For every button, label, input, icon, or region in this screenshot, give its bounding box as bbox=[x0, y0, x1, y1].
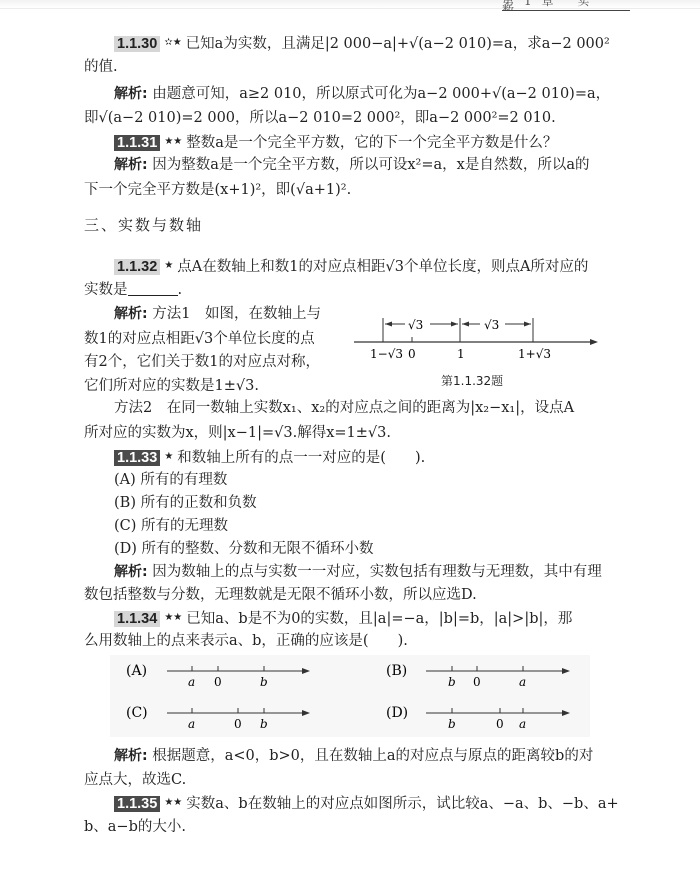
answer-number-lines: (A) a 0 b (B) b 0 a (C) a 0 b (D) b 0 a bbox=[110, 655, 590, 737]
solution-text: 因为整数a是一个完全平方数，所以可设x²=a，x是自然数，所以a的 bbox=[152, 157, 589, 173]
question-id: 1.1.32 bbox=[114, 259, 160, 275]
question-stem: 和数轴上所有的点一一对应的是( ). bbox=[177, 450, 425, 466]
option-label: (C) bbox=[126, 705, 148, 721]
method2-text: 方法2 在同一数轴上实数x₁、x₂的对应点之间的距离为|x₂−x₁|，设点A bbox=[114, 398, 574, 418]
option-c: (C) 所有的无理数 bbox=[114, 516, 228, 536]
stem-text: 实数是 bbox=[84, 282, 128, 298]
question-stem: 实数a、b在数轴上的对应点如图所示，试比较a、−a、b、−b、a+ bbox=[186, 796, 618, 812]
difficulty-stars-icon: ✫★ bbox=[164, 37, 181, 48]
tick-label: 0 bbox=[234, 717, 242, 731]
question-stem: 点A在数轴上和数1的对应点相距√3个单位长度，则点A所对应的 bbox=[177, 259, 588, 275]
span-label: √3 bbox=[484, 318, 499, 332]
solution-text: 由题意可知，a≥2 010，所以原式可化为a−2 000+√(a−2 010)=… bbox=[152, 86, 610, 102]
solution-label: 解析: bbox=[114, 86, 148, 102]
option-label: (A) bbox=[126, 663, 147, 679]
solution-text-cont: 数包括整数与分数，无理数就是无限不循环小数，所以应选D. bbox=[84, 585, 477, 605]
question-1-1-33: 1.1.33★和数轴上所有的点一一对应的是( ). bbox=[114, 447, 425, 468]
question-id: 1.1.30 bbox=[114, 36, 160, 52]
solution-1-1-32: 解析: 方法1 如图，在数轴上与 bbox=[114, 304, 321, 324]
question-stem: 已知a为实数，且满足|2 000−a|+√(a−2 010)=a，求a−2 00… bbox=[186, 36, 610, 52]
option-a: (A) 所有的有理数 bbox=[114, 470, 227, 490]
tick-label: a bbox=[519, 675, 526, 689]
span-label: √3 bbox=[408, 318, 423, 332]
running-head: 第1章 实 数 bbox=[502, 0, 630, 11]
question-id: 1.1.33 bbox=[114, 450, 160, 466]
question-id: 1.1.35 bbox=[114, 796, 160, 812]
question-stem-cont: b、a−b的大小. bbox=[84, 817, 186, 837]
question-1-1-31: 1.1.31★★整数a是一个完全平方数，它的下一个完全平方数是什么？ bbox=[114, 132, 557, 153]
difficulty-star-icon: ★ bbox=[164, 451, 173, 462]
solution-text-cont: 下一个完全平方数是(x+1)²，即(√a+1)². bbox=[84, 180, 351, 200]
question-1-1-32: 1.1.32★点A在数轴上和数1的对应点相距√3个单位长度，则点A所对应的 bbox=[114, 256, 588, 277]
tick-label: b bbox=[448, 675, 456, 689]
tick-label: b bbox=[448, 717, 456, 731]
question-1-1-34: 1.1.34★★已知a、b是不为0的实数，且|a|=−a，|b|=b，|a|>|… bbox=[114, 608, 572, 629]
solution-1-1-31: 解析: 因为整数a是一个完全平方数，所以可设x²=a，x是自然数，所以a的 bbox=[114, 155, 589, 175]
solution-text: 根据题意，a<0，b>0，且在数轴上a的对应点与原点的距离较b的对 bbox=[152, 748, 593, 764]
question-1-1-35: 1.1.35★★实数a、b在数轴上的对应点如图所示，试比较a、−a、b、−b、a… bbox=[114, 793, 619, 814]
question-id: 1.1.34 bbox=[114, 611, 160, 627]
option-label: (D) bbox=[386, 705, 408, 721]
question-stem-cont: 实数是. bbox=[84, 280, 182, 300]
solution-text-cont: 应点大，故选C. bbox=[84, 770, 186, 790]
question-stem-cont: 么用数轴上的点来表示a、b，正确的应该是( ). bbox=[84, 631, 408, 651]
tick-label: a bbox=[188, 717, 195, 731]
number-line-figure-1-1-32: √3 √3 1−√3 0 1 1+√3 bbox=[350, 310, 610, 370]
solution-label: 解析: bbox=[114, 157, 148, 173]
method2-text: 所对应的实数为x，则|x−1|=√3.解得x=1±√3. bbox=[84, 423, 391, 443]
solution-label: 解析: bbox=[114, 748, 148, 764]
tick-label: 0 bbox=[214, 675, 222, 689]
tick-label: b bbox=[260, 675, 268, 689]
tick-label: a bbox=[519, 717, 526, 731]
stem-period: . bbox=[178, 282, 183, 298]
option-label: (B) bbox=[386, 663, 407, 679]
solution-1-1-30: 解析: 由题意可知，a≥2 010，所以原式可化为a−2 000+√(a−2 0… bbox=[114, 84, 610, 104]
solution-label: 解析: bbox=[114, 306, 148, 322]
answer-blank[interactable] bbox=[128, 281, 178, 296]
figure-caption: 第1.1.32题 bbox=[441, 372, 503, 389]
difficulty-star-icon: ★ bbox=[164, 260, 173, 271]
difficulty-stars-icon: ★★ bbox=[164, 797, 182, 808]
question-1-1-30: 1.1.30✫★已知a为实数，且满足|2 000−a|+√(a−2 010)=a… bbox=[114, 33, 610, 54]
method1-text: 方法1 如图，在数轴上与 bbox=[152, 306, 321, 322]
solution-label: 解析: bbox=[114, 564, 148, 580]
tick-label: 1 bbox=[457, 347, 465, 361]
tick-label: a bbox=[188, 675, 195, 689]
option-b: (B) 所有的正数和负数 bbox=[114, 493, 257, 513]
solution-1-1-33: 解析: 因为数轴上的点与实数一一对应，实数包括有理数与无理数，其中有理 bbox=[114, 562, 602, 582]
tick-label: 0 bbox=[473, 675, 481, 689]
solution-text: 因为数轴上的点与实数一一对应，实数包括有理数与无理数，其中有理 bbox=[152, 564, 602, 580]
method1-text: 数1的对应点相距√3个单位长度的点 bbox=[84, 329, 315, 349]
tick-label: b bbox=[260, 717, 268, 731]
tick-label: 0 bbox=[496, 717, 504, 731]
section-heading: 三、实数与数轴 bbox=[84, 214, 203, 235]
method1-text: 它们所对应的实数是1±√3. bbox=[84, 376, 259, 396]
question-stem: 整数a是一个完全平方数，它的下一个完全平方数是什么？ bbox=[186, 135, 557, 151]
method1-text: 有2个，它们关于数1的对应点对称， bbox=[84, 352, 320, 372]
difficulty-stars-icon: ★★ bbox=[164, 612, 182, 623]
tick-label: 0 bbox=[408, 347, 416, 361]
solution-1-1-34: 解析: 根据题意，a<0，b>0，且在数轴上a的对应点与原点的距离较b的对 bbox=[114, 746, 593, 766]
tick-label: 1−√3 bbox=[370, 347, 403, 361]
question-stem-cont: 的值. bbox=[84, 57, 118, 77]
question-stem: 已知a、b是不为0的实数，且|a|=−a，|b|=b，|a|>|b|，那 bbox=[186, 611, 572, 627]
tick-label: 1+√3 bbox=[518, 347, 551, 361]
solution-text-cont: 即√(a−2 010)=2 000，所以a−2 010=2 000²，即a−2 … bbox=[84, 108, 556, 128]
option-d: (D) 所有的整数、分数和无限不循环小数 bbox=[114, 539, 374, 559]
question-id: 1.1.31 bbox=[114, 135, 160, 151]
difficulty-stars-icon: ★★ bbox=[164, 136, 182, 147]
